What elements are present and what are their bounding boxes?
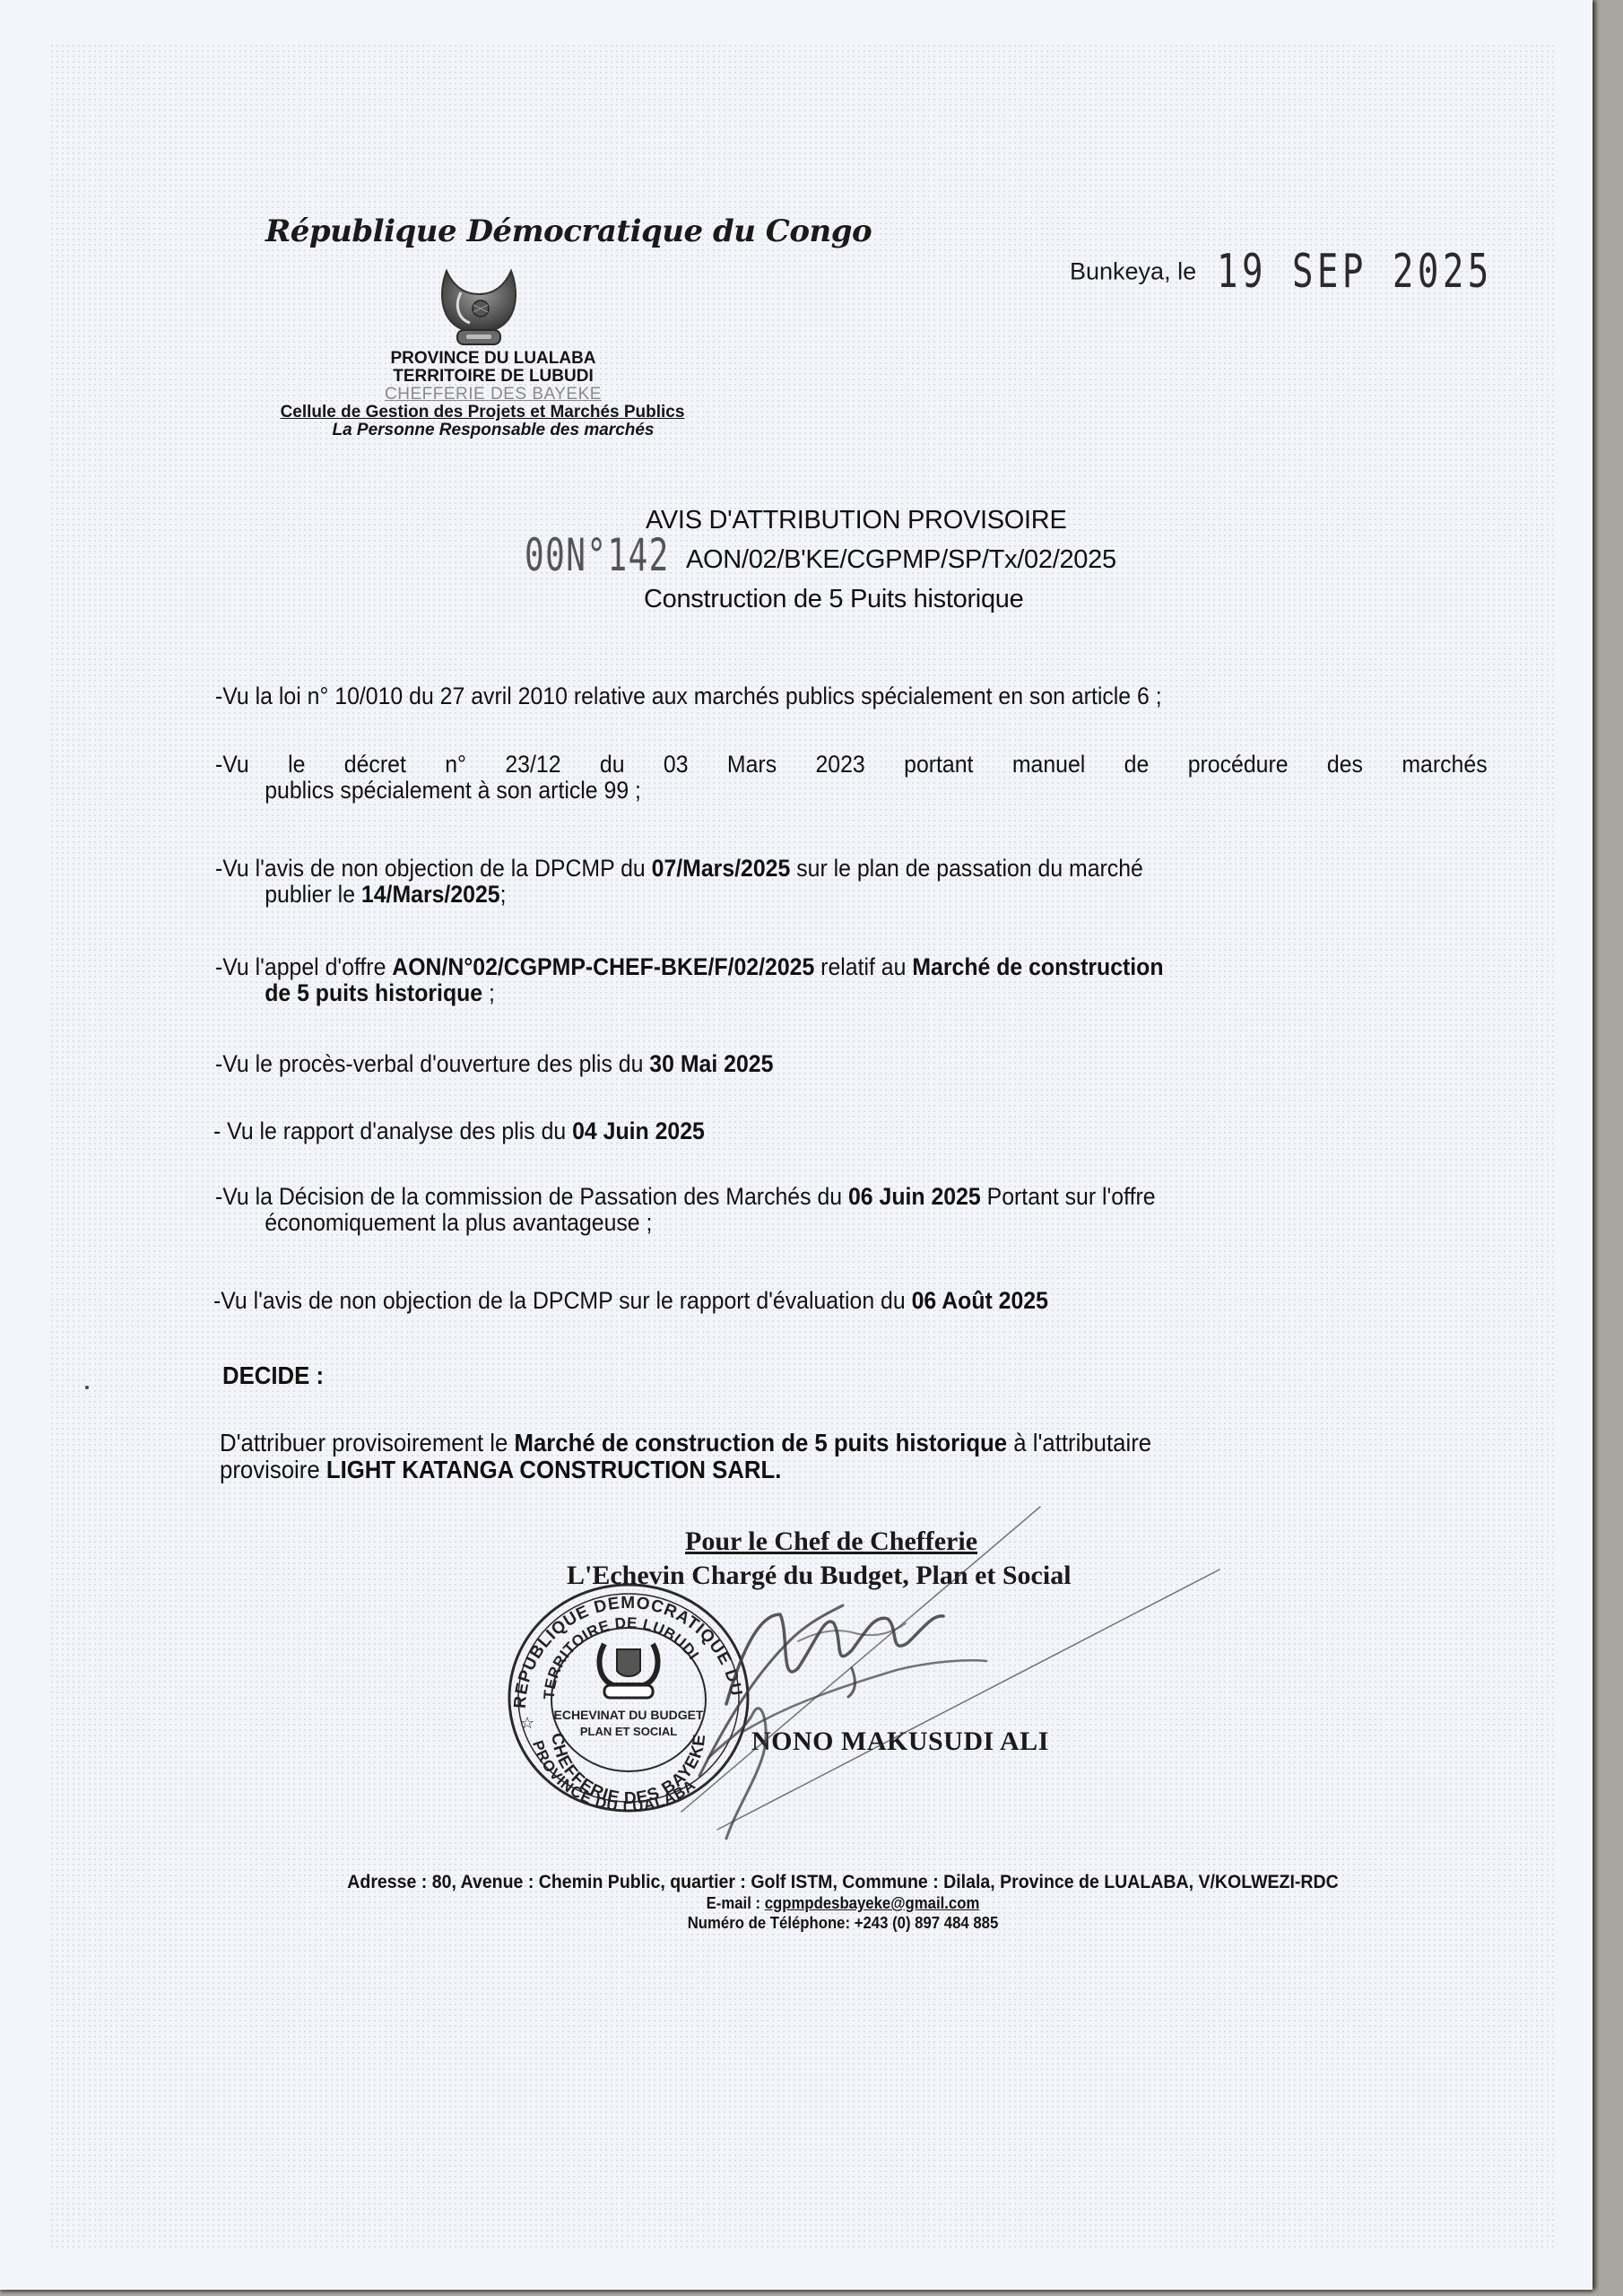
emphasized-text: 06 Août 2025 bbox=[912, 1287, 1048, 1314]
issuer-responsable: La Personne Responsable des marchés bbox=[242, 422, 744, 439]
text-run: -Vu l'avis de non objection de la DPCMP … bbox=[213, 1287, 912, 1314]
consideration-8: -Vu l'avis de non objection de la DPCMP … bbox=[213, 1288, 1048, 1314]
coat-of-arms-icon bbox=[434, 267, 524, 350]
text-word: du bbox=[600, 752, 625, 778]
emphasized-text: de 5 puits historique bbox=[265, 979, 482, 1006]
emphasized-text: 30 Mai 2025 bbox=[649, 1050, 773, 1077]
text-word: le bbox=[288, 752, 305, 778]
emphasized-text: AON/N°02/CGPMP-CHEF-BKE/F/02/2025 bbox=[392, 953, 814, 980]
text-word: n° bbox=[445, 752, 466, 778]
document-reference: AON/02/B'KE/CGPMP/SP/Tx/02/2025 bbox=[686, 545, 1116, 575]
text-run: -Vu l'appel d'offre bbox=[215, 953, 392, 980]
text-word: des bbox=[1327, 752, 1363, 778]
emphasized-text: Marché de construction bbox=[912, 953, 1163, 980]
text-run: -Vu le procès-verbal d'ouverture des pli… bbox=[215, 1050, 649, 1077]
footer-email-line: E-mail : cgpmpdesbayeke@gmail.com bbox=[251, 1893, 1436, 1913]
document-subject: Construction de 5 Puits historique bbox=[644, 585, 1023, 614]
consideration-3: -Vu l'avis de non objection de la DPCMP … bbox=[215, 856, 1143, 908]
text-word: 2023 bbox=[815, 752, 864, 778]
text-run: économiquement la plus avantageuse ; bbox=[265, 1209, 652, 1236]
footer-contact: Adresse : 80, Avenue : Chemin Public, qu… bbox=[206, 1872, 1480, 1933]
text-run: D'attribuer provisoirement le bbox=[220, 1429, 514, 1457]
issuer-chefferie: CHEFFERIE DES BAYEKE bbox=[242, 386, 744, 404]
country-name: République Démocratique du Congo bbox=[265, 213, 872, 249]
text-run: sur le plan de passation du marché bbox=[790, 855, 1143, 882]
issuer-territoire: TERRITOIRE DE LUBUDI bbox=[242, 368, 744, 386]
place-label: Bunkeya, le bbox=[1070, 258, 1196, 285]
footer-phone: Numéro de Téléphone: +243 (0) 897 484 88… bbox=[251, 1913, 1436, 1933]
official-seal-icon: REPUBLIQUE DEMOCRATIQUE DU CONGO TERRITO… bbox=[499, 1574, 759, 1816]
text-run: ; bbox=[482, 979, 495, 1006]
text-run: Portant sur l'offre bbox=[981, 1183, 1156, 1210]
emphasized-text: 14/Mars/2025 bbox=[361, 881, 500, 908]
text-word: 23/12 bbox=[505, 752, 560, 778]
signature-for-label: Pour le Chef de Chefferie bbox=[685, 1526, 977, 1557]
consideration-6: - Vu le rapport d'analyse des plis du 04… bbox=[213, 1118, 705, 1144]
decision-text: D'attribuer provisoirement le Marché de … bbox=[220, 1430, 1151, 1483]
email-label: E-mail : bbox=[707, 1894, 765, 1912]
text-run: - Vu le rapport d'analyse des plis du bbox=[213, 1118, 572, 1144]
footer-address: Adresse : 80, Avenue : Chemin Public, qu… bbox=[251, 1872, 1436, 1893]
text-word: procédure bbox=[1188, 752, 1289, 778]
text-run: -Vu la loi n° 10/010 du 27 avril 2010 re… bbox=[215, 683, 1162, 709]
consideration-2: -Vuledécretn°23/12du03Mars2023portantman… bbox=[215, 752, 1488, 804]
consideration-7: -Vu la Décision de la commission de Pass… bbox=[215, 1184, 1156, 1236]
text-run: -Vu la Décision de la commission de Pass… bbox=[215, 1183, 848, 1210]
emphasized-text: 04 Juin 2025 bbox=[572, 1118, 705, 1144]
stamped-number: 00N°142 bbox=[525, 529, 670, 581]
text-run: à l'attributaire bbox=[1007, 1429, 1151, 1457]
signatory-name: NONO MAKUSUDI ALI bbox=[751, 1726, 1049, 1757]
issuer-cellule: Cellule de Gestion des Projets et Marché… bbox=[221, 404, 744, 422]
text-word: de bbox=[1124, 752, 1150, 778]
text-run: provisoire bbox=[220, 1456, 326, 1483]
text-word: Mars bbox=[727, 752, 777, 778]
consideration-1: -Vu la loi n° 10/010 du 27 avril 2010 re… bbox=[215, 683, 1162, 709]
place-and-date: Bunkeya, le 19 SEP 2025 bbox=[1070, 245, 1584, 299]
issuer-block: PROVINCE DU LUALABA TERRITOIRE DE LUBUDI… bbox=[242, 350, 744, 439]
svg-text:PLAN ET SOCIAL: PLAN ET SOCIAL bbox=[580, 1725, 677, 1738]
emphasized-text: 07/Mars/2025 bbox=[652, 855, 791, 882]
emphasized-text: LIGHT KATANGA CONSTRUCTION SARL. bbox=[326, 1456, 782, 1483]
decide-heading: DECIDE : bbox=[222, 1361, 324, 1390]
text-word: -Vu bbox=[215, 752, 249, 778]
email-link[interactable]: cgpmpdesbayeke@gmail.com bbox=[765, 1894, 980, 1912]
text-run: publics spécialement à son article 99 ; bbox=[265, 777, 641, 804]
document-page: République Démocratique du Congo PROVINC… bbox=[0, 0, 1593, 2290]
text-run: publier le bbox=[265, 881, 361, 908]
emphasized-text: 06 Juin 2025 bbox=[848, 1183, 981, 1210]
text-run: ; bbox=[500, 881, 507, 908]
scan-speck bbox=[85, 1386, 89, 1389]
text-word: 03 bbox=[664, 752, 689, 778]
date-stamp: 19 SEP 2025 bbox=[1217, 245, 1493, 299]
text-word: manuel bbox=[1012, 752, 1085, 778]
consideration-4: -Vu l'appel d'offre AON/N°02/CGPMP-CHEF-… bbox=[215, 954, 1164, 1006]
text-word: décret bbox=[344, 752, 406, 778]
text-run: -Vu l'avis de non objection de la DPCMP … bbox=[215, 855, 652, 882]
document-title: AVIS D'ATTRIBUTION PROVISOIRE bbox=[646, 506, 1067, 535]
consideration-5: -Vu le procès-verbal d'ouverture des pli… bbox=[215, 1051, 773, 1077]
text-word: portant bbox=[904, 752, 973, 778]
issuer-province: PROVINCE DU LUALABA bbox=[242, 350, 744, 368]
text-word: marchés bbox=[1402, 752, 1487, 778]
text-run: relatif au bbox=[814, 953, 912, 980]
svg-text:ECHEVINAT DU BUDGET: ECHEVINAT DU BUDGET bbox=[554, 1708, 704, 1722]
svg-text:☆: ☆ bbox=[520, 1714, 534, 1733]
emphasized-text: Marché de construction de 5 puits histor… bbox=[514, 1429, 1007, 1457]
